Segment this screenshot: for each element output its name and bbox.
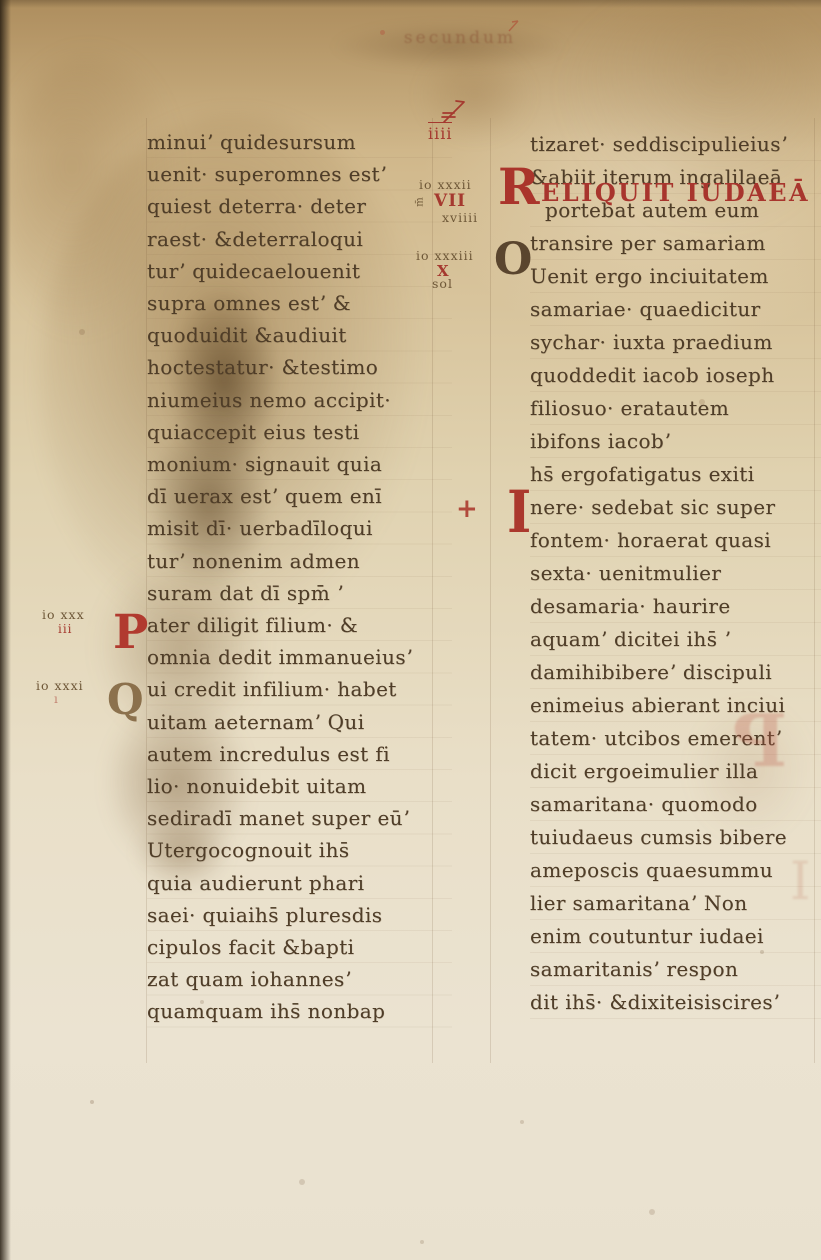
text-line: ui credit infilium· habet: [147, 673, 452, 705]
text-line: tizaret· seddiscipulieiusʼ: [530, 128, 821, 161]
text-line: saei· quiaihs̄ pluresdis: [147, 899, 452, 931]
text-line: samaritanisʼ respon: [530, 953, 821, 986]
text-line: fontem· horaerat quasi: [530, 524, 821, 557]
text-line: ameposcis quaesummu: [530, 854, 821, 887]
text-line: tatem· utcibos emerentʼ: [530, 722, 821, 755]
manuscript-page: secundum minuiʼ quidesursum uenit· super…: [0, 0, 821, 1260]
text-line: Uenit ergo inciuitatem: [530, 260, 821, 293]
text-line: lier samaritanaʼ Non: [530, 887, 821, 920]
text-line: Utergocognouit ihs̄: [147, 834, 452, 866]
canon-ref-io30-canon: iii: [58, 622, 73, 636]
right-text-column: tizaret· seddiscipulieiusʼ &abiit iterum…: [530, 128, 821, 1019]
chapter-numeral-text: iiii: [428, 122, 452, 143]
text-line: samaritana· quomodo: [530, 788, 821, 821]
text-line: monium· signauit quia: [147, 448, 452, 480]
text-line: transire per samariam: [530, 227, 821, 260]
parchment-specks: [90, 1100, 94, 1104]
text-line: niumeius nemo accipit·: [147, 384, 452, 416]
text-line: ibifons iacobʼ: [530, 425, 821, 458]
text-line: quoduidit &audiuit: [147, 319, 452, 351]
text-line: desamaria· haurire: [530, 590, 821, 623]
ruling-line: [490, 118, 491, 1063]
text-line: quiest deterra· deter: [147, 190, 452, 222]
text-line: dī uerax estʼ quem enī: [147, 480, 452, 512]
text-line: filiosuo· eratautem: [530, 392, 821, 425]
canon-ref-io33-note: sol: [432, 276, 453, 291]
pen-dot-mark: [380, 30, 385, 35]
running-title: secundum: [360, 28, 560, 48]
cross-mark: +: [456, 494, 478, 524]
text-line: sychar· iuxta praedium: [530, 326, 821, 359]
canon-ref-io31-canon: ı: [54, 692, 59, 706]
text-line: turʼ quidecaelouenit: [147, 255, 452, 287]
text-line: sediradī manet super eūʼ: [147, 802, 452, 834]
canon-ref-io32-canon: VII: [434, 191, 466, 211]
text-line: turʼ nonenim admen: [147, 545, 452, 577]
text-line: dicit ergoeimulier illa: [530, 755, 821, 788]
canon-ref-io32: io xxxii: [419, 177, 472, 192]
text-line: uenit· superomnes estʼ: [147, 158, 452, 190]
canon-ref-io33: io xxxiii: [416, 248, 474, 263]
canon-ref-io30: io xxx: [42, 607, 85, 622]
canon-ref-io32-sideways: m̄: [415, 196, 426, 206]
initial-p: P: [113, 609, 148, 656]
initial-r: R: [498, 162, 540, 212]
text-line: quoddedit iacob ioseph: [530, 359, 821, 392]
chapter-siglum-icon: [440, 98, 468, 124]
text-line: raest· &deterraloqui: [147, 223, 452, 255]
chapter-numeral: iiii: [428, 124, 452, 143]
text-line: quiaccepit eius testi: [147, 416, 452, 448]
text-line: nere· sedebat sic super: [530, 491, 821, 524]
canon-ref-io31: io xxxi: [36, 678, 84, 693]
text-line: autem incredulus est fi: [147, 738, 452, 770]
page-top-edge: [0, 0, 821, 8]
text-line: enim coutuntur iudaei: [530, 920, 821, 953]
left-text-column: minuiʼ quidesursum uenit· superomnes est…: [147, 126, 452, 1028]
text-line: quamquam ihs̄ nonbap: [147, 995, 452, 1027]
text-line: lio· nonuidebit uitam: [147, 770, 452, 802]
text-line: sexta· uenitmulier: [530, 557, 821, 590]
text-line: hoctestatur· &testimo: [147, 351, 452, 383]
text-line: misit dī· uerbadīloqui: [147, 512, 452, 544]
initial-o: O: [494, 238, 532, 282]
text-line: zat quam iohannesʼ: [147, 963, 452, 995]
text-line: quia audierunt phari: [147, 867, 452, 899]
text-line: minuiʼ quidesursum: [147, 126, 452, 158]
heading-reliquit: ELIQUIT IUDAEĀ: [541, 178, 810, 207]
pen-trial-mark: [506, 18, 522, 34]
initial-i: I: [507, 484, 531, 542]
text-line: aquamʼ dicitei ihs̄ ʼ: [530, 623, 821, 656]
text-line: dit ihs̄· &dixiteisisciresʼ: [530, 986, 821, 1019]
canon-ref-io32-parallel: xviiii: [442, 210, 478, 225]
page-gutter-edge: [0, 0, 11, 1260]
text-line: cipulos facit &bapti: [147, 931, 452, 963]
text-line: ater diligit filium· &: [147, 609, 452, 641]
text-line: uitam aeternamʼ Qui: [147, 706, 452, 738]
text-line: damihibibereʼ discipuli: [530, 656, 821, 689]
initial-q: Q: [107, 679, 144, 721]
text-line: hs̄ ergofatigatus exiti: [530, 458, 821, 491]
text-line: tuiudaeus cumsis bibere: [530, 821, 821, 854]
text-line: samariae· quaedicitur: [530, 293, 821, 326]
text-line: suram dat dī spm̄ ʼ: [147, 577, 452, 609]
text-line: omnia dedit immanueiusʼ: [147, 641, 452, 673]
text-line: supra omnes estʼ &: [147, 287, 452, 319]
text-line: enimeius abierant inciui: [530, 689, 821, 722]
